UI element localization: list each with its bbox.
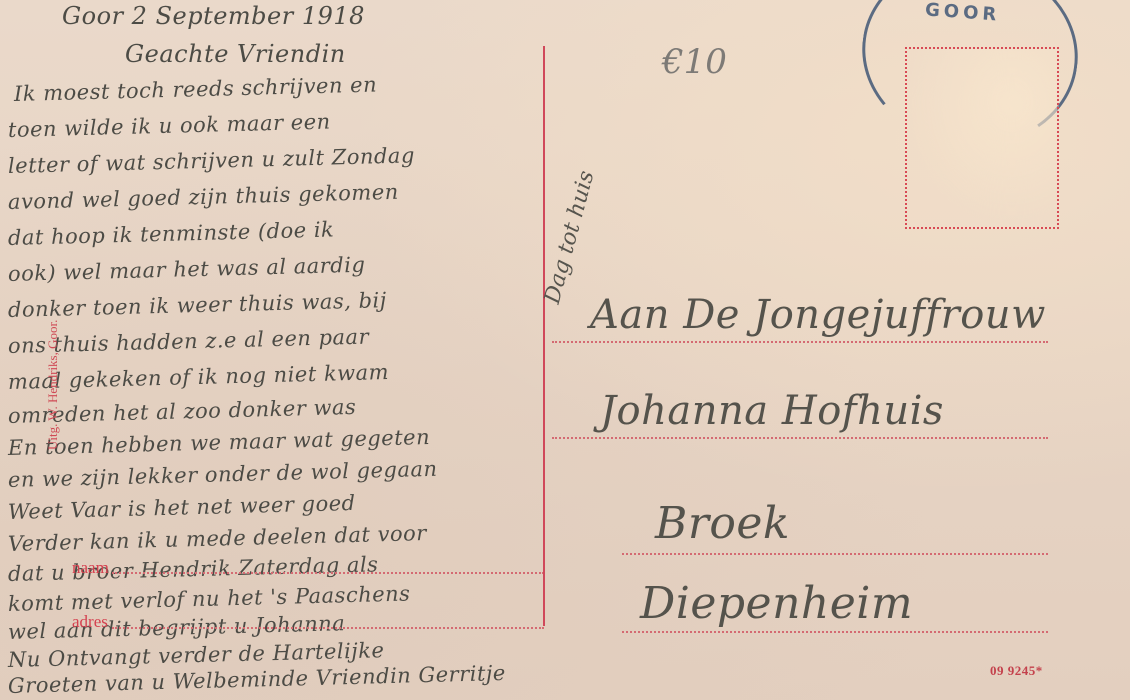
message-line: letter of wat schrijven u zult Zondag [8, 143, 415, 178]
address-label: adres [72, 612, 108, 632]
message-line: Weet Vaar is het net weer goed [8, 491, 356, 524]
address-line-2: Johanna Hofhuis [600, 388, 944, 434]
name-label: naam [72, 558, 109, 578]
publisher-imprint: Uitg. W. Hendriks, Goor. [45, 320, 61, 450]
address-dotted-line [112, 627, 544, 629]
message-line: donker toen ik weer thuis was, bij [8, 288, 387, 322]
address-line-1: Aan De Jongejuffrouw [590, 292, 1046, 338]
message-line: ons thuis hadden z.e al een paar [8, 325, 370, 358]
message-line: ook) wel maar het was al aardig [8, 253, 366, 286]
message-salutation: Geachte Vriendin [125, 40, 346, 68]
message-line: avond wel goed zijn thuis gekomen [8, 180, 399, 214]
message-line: toen wilde ik u ook maar een [8, 110, 331, 142]
address-line-4: Diepenheim [640, 578, 913, 629]
address-dotted-line-4 [622, 631, 1048, 633]
vertical-note: Dag tot huis [540, 168, 599, 306]
stamp-box [905, 47, 1059, 229]
message-line: dat hoop ik tenminste (doe ik [8, 217, 335, 250]
message-line: komt met verlof nu het 's Paaschens [8, 581, 411, 616]
address-dotted-line-2 [552, 437, 1048, 439]
message-date: Goor 2 September 1918 [62, 2, 365, 30]
message-line: en we zijn lekker onder de wol gegaan [8, 457, 438, 492]
pencil-price-note: €10 [662, 42, 727, 82]
message-line: Verder kan ik u mede deelen dat voor [8, 521, 427, 556]
postcard-back: Goor 2 September 1918 Geachte Vriendin I… [0, 0, 1130, 700]
message-line: Ik moest toch reeds schrijven en [14, 72, 378, 105]
card-number: 09 9245* [990, 663, 1043, 679]
message-line: maal gekeken of ik nog niet kwam [8, 360, 390, 394]
name-dotted-line [112, 572, 544, 574]
address-line-3: Broek [655, 498, 790, 549]
message-line: En toen hebben we maar wat gegeten [8, 425, 431, 460]
center-divider [543, 46, 545, 626]
address-dotted-line-1 [552, 341, 1048, 343]
address-dotted-line-3 [622, 553, 1048, 555]
message-line: dat u broer Hendrik Zaterdag als [8, 552, 379, 586]
